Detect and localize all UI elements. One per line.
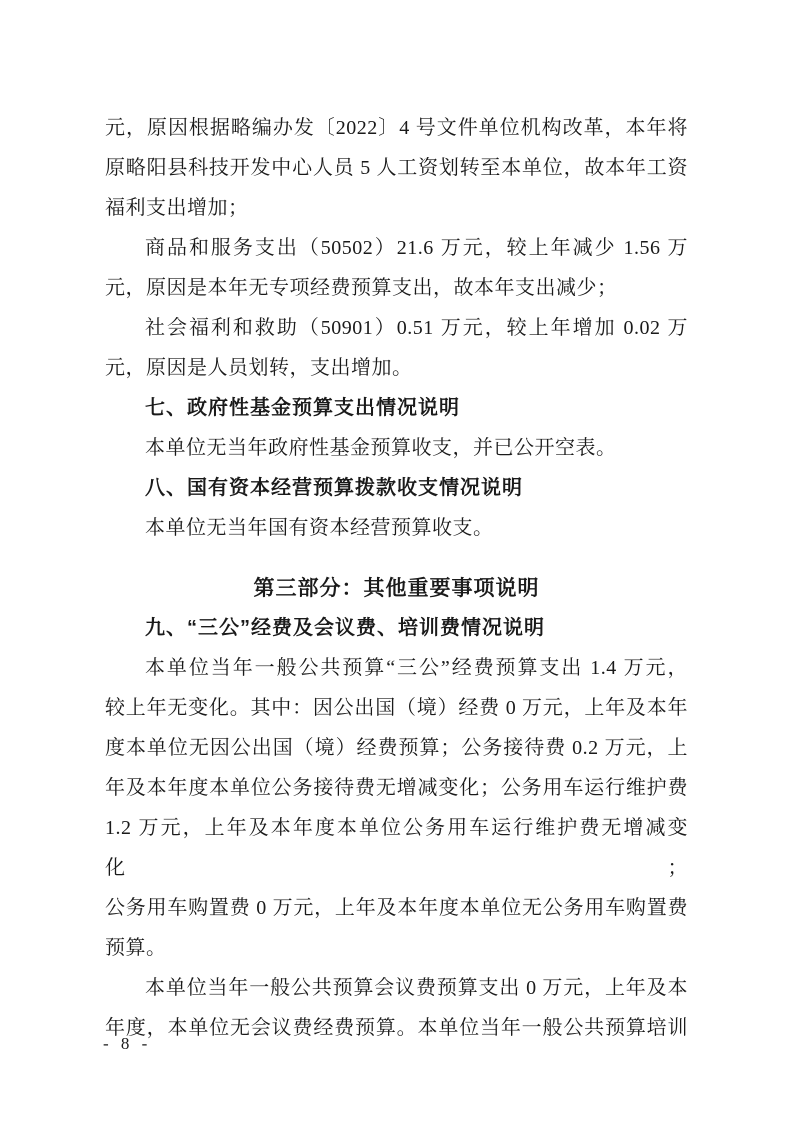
text-line: 福利支出增加； [105,188,688,228]
text-line: 年度，本单位无会议费经费预算。本单位当年一般公共预算培训 [105,1008,688,1048]
text-line: 预算。 [105,928,688,968]
text-line: 元，原因是人员划转，支出增加。 [105,348,688,388]
text-line: 元，原因是本年无专项经费预算支出，故本年支出减少； [105,268,688,308]
text-line: 本单位无当年国有资本经营预算收支。 [105,508,688,548]
text-line: 本单位当年一般公共预算会议费预算支出 0 万元，上年及本 [105,968,688,1008]
document-page: 元，原因根据略编办发〔2022〕4 号文件单位机构改革，本年将原略阳县科技开发中… [0,0,793,1122]
document-body: 元，原因根据略编办发〔2022〕4 号文件单位机构改革，本年将原略阳县科技开发中… [105,108,688,1048]
part-heading: 第三部分：其他重要事项说明 [105,568,688,608]
vertical-spacer [105,548,688,568]
text-line: 社会福利和救助（50901）0.51 万元，较上年增加 0.02 万 [105,308,688,348]
text-line: 商品和服务支出（50502）21.6 万元，较上年减少 1.56 万 [105,228,688,268]
text-line: 度本单位无因公出国（境）经费预算；公务接待费 0.2 万元，上 [105,728,688,768]
page-number: - 8 - [103,1034,151,1054]
section-heading: 八、国有资本经营预算拨款收支情况说明 [105,468,688,508]
text-line: 公务用车购置费 0 万元，上年及本年度本单位无公务用车购置费 [105,888,688,928]
text-line: 本单位当年一般公共预算“三公”经费预算支出 1.4 万元， [105,648,688,688]
text-line: 年及本年度本单位公务接待费无增减变化；公务用车运行维护费 [105,768,688,808]
text-line: 本单位无当年政府性基金预算收支，并已公开空表。 [105,428,688,468]
section-heading: 七、政府性基金预算支出情况说明 [105,388,688,428]
text-line: 1.2 万元，上年及本年度本单位公务用车运行维护费无增减变化； [105,808,688,888]
text-line: 较上年无变化。其中：因公出国（境）经费 0 万元，上年及本年 [105,688,688,728]
section-heading: 九、“三公”经费及会议费、培训费情况说明 [105,608,688,648]
text-line: 原略阳县科技开发中心人员 5 人工资划转至本单位，故本年工资 [105,148,688,188]
text-line: 元，原因根据略编办发〔2022〕4 号文件单位机构改革，本年将 [105,108,688,148]
